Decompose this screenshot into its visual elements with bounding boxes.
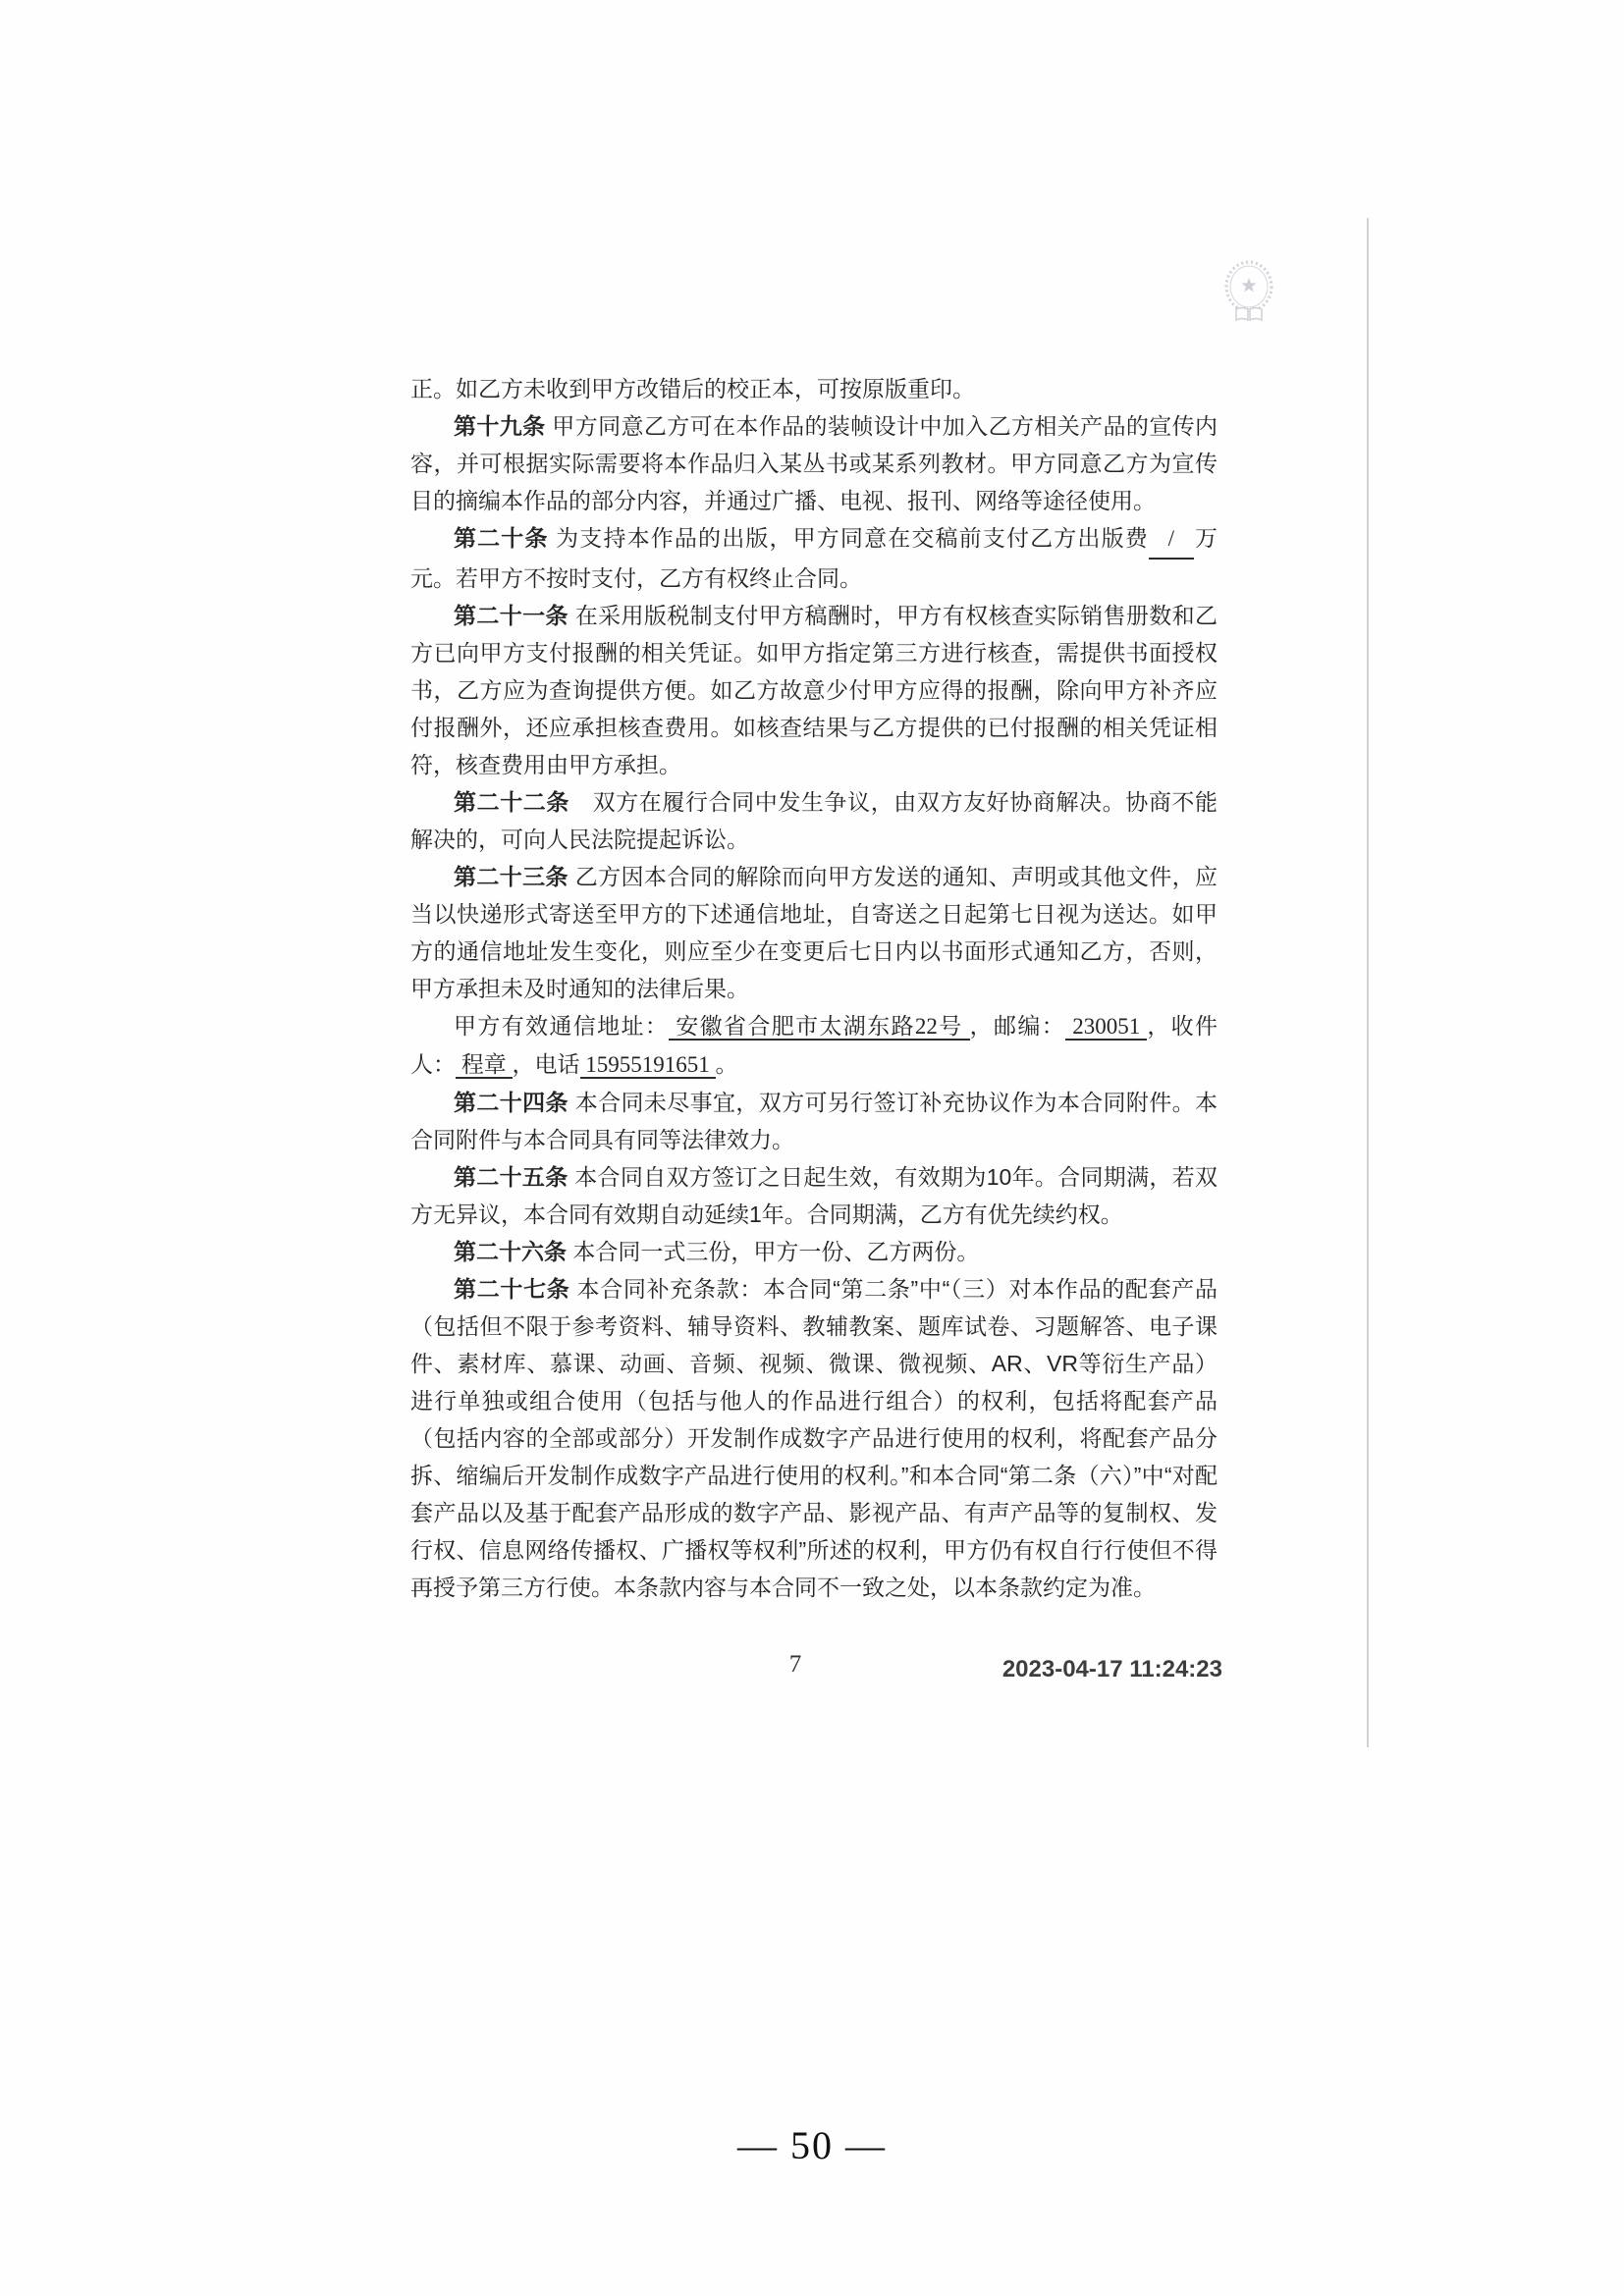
official-seal-icon <box>1221 259 1276 326</box>
contract-paragraph: 第二十七条 本合同补充条款：本合同“第二条”中“（三）对本作品的配套产品（包括但… <box>410 1270 1218 1606</box>
contract-paragraph: 第二十一条 在采用版税制支付甲方稿酬时，甲方有权核查实际销售册数和乙方已向甲方支… <box>410 597 1218 783</box>
clause-title: 第二十二条 <box>454 789 569 815</box>
clause-title: 第二十条 <box>454 525 549 551</box>
fill-in-blank: / <box>1149 520 1194 560</box>
text-segment: 甲方有效通信地址： <box>454 1013 669 1039</box>
open-book-icon <box>1236 308 1248 321</box>
text-segment: 。 <box>716 1051 738 1077</box>
text-segment: 在采用版税制支付甲方稿酬时，甲方有权核查实际销售册数和乙方已向甲方支付报酬的相关… <box>410 603 1218 777</box>
contract-paragraph: 正。如乙方未收到甲方改错后的校正本，可按原版重印。 <box>410 370 1218 407</box>
text-segment: ，电话 <box>513 1051 580 1077</box>
text-segment: 本合同一式三份，甲方一份、乙方两份。 <box>567 1239 979 1264</box>
underlined-value: 15955191651 <box>580 1052 716 1079</box>
clause-title: 第二十一条 <box>454 603 568 628</box>
clause-title: 第二十六条 <box>454 1239 567 1264</box>
text-segment: ，邮编： <box>970 1013 1065 1039</box>
contract-paragraph: 第二十四条 本合同未尽事宜，双方可另行签订补充协议作为本合同附件。本合同附件与本… <box>410 1084 1218 1158</box>
contract-paragraph: 第十九条 甲方同意乙方可在本作品的装帧设计中加入乙方相关产品的宣传内容，并可根据… <box>410 407 1218 519</box>
contract-paragraph: 第二十二条 双方在履行合同中发生争议，由双方友好协商解决。协商不能解决的，可向人… <box>410 783 1218 858</box>
contract-paragraph: 第二十条 为支持本作品的出版，甲方同意在交稿前支付乙方出版费/万元。若甲方不按时… <box>410 519 1218 597</box>
text-segment: 为支持本作品的出版，甲方同意在交稿前支付乙方出版费 <box>549 525 1149 551</box>
open-book-icon <box>1250 308 1262 321</box>
contract-paragraph: 第二十三条 乙方因本合同的解除而向甲方发送的通知、声明或其他文件，应当以快递形式… <box>410 858 1218 1007</box>
scan-timestamp: 2023-04-17 11:24:23 <box>1002 1656 1222 1683</box>
text-segment: 本合同补充条款：本合同“第二条”中“（三）对本作品的配套产品（包括但不限于参考资… <box>410 1276 1218 1600</box>
clause-title: 第二十四条 <box>454 1090 568 1115</box>
contract-page: 正。如乙方未收到甲方改错后的校正本，可按原版重印。第十九条 甲方同意乙方可在本作… <box>0 0 1624 2296</box>
contract-paragraph: 第二十六条 本合同一式三份，甲方一份、乙方两份。 <box>410 1233 1218 1270</box>
contract-body: 正。如乙方未收到甲方改错后的校正本，可按原版重印。第十九条 甲方同意乙方可在本作… <box>410 370 1218 1606</box>
underlined-value: 230051 <box>1065 1014 1147 1041</box>
printed-page-number: — 50 — <box>0 2122 1624 2168</box>
inner-page-number: 7 <box>776 1651 815 1679</box>
text-segment: 正。如乙方未收到甲方改错后的校正本，可按原版重印。 <box>410 376 975 401</box>
star-icon <box>1241 278 1256 293</box>
clause-title: 第二十三条 <box>454 864 568 889</box>
scan-edge-artifact <box>1367 218 1369 1747</box>
clause-title: 第十九条 <box>454 413 546 439</box>
contract-paragraph: 甲方有效通信地址： 安徽省合肥市太湖东路22号 ，邮编： 230051 ，收件人… <box>410 1007 1218 1084</box>
underlined-value: 安徽省合肥市太湖东路22号 <box>669 1014 969 1041</box>
clause-title: 第二十七条 <box>454 1276 569 1302</box>
clause-title: 第二十五条 <box>454 1164 568 1190</box>
contract-paragraph: 第二十五条 本合同自双方签订之日起生效，有效期为10年。合同期满，若双方无异议，… <box>410 1158 1218 1233</box>
underlined-value: 程章 <box>456 1052 513 1079</box>
